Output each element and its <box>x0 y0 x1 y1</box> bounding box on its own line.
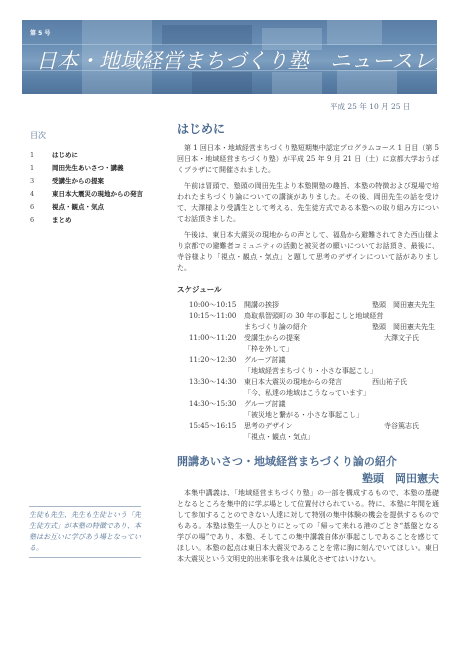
toc-label: 岡田先生あいさつ・講義 <box>52 163 124 172</box>
schedule-speaker: 塾頭 岡田憲夫先生 <box>372 300 435 311</box>
schedule-row: まちづくり論の紹介塾頭 岡田憲夫先生 <box>189 322 439 333</box>
toc-title: 目次 <box>30 130 160 141</box>
schedule-time: 15:45〜16:15 <box>189 421 244 432</box>
toc-item[interactable]: 3 受講生からの提案 <box>30 174 160 187</box>
banner-window-pane <box>327 20 382 45</box>
schedule-row: 15:45〜16:15思考のデザイン寺谷篤志氏 <box>189 421 439 432</box>
issue-number: 第 5 号 <box>30 28 50 37</box>
schedule-activity: グループ討議 <box>244 399 372 410</box>
schedule-time <box>189 410 244 421</box>
schedule-row: 「今、私達の地域はこうなっています」 <box>189 388 439 399</box>
schedule-activity: 「枠を外して」 <box>244 344 372 355</box>
toc-page: 6 <box>30 216 52 224</box>
toc-page: 6 <box>30 203 52 211</box>
schedule-row: 「枠を外して」 <box>189 344 439 355</box>
intro-paragraph: 午後は、東日本大震災の現地からの声として、福島から避難されてきた西山様より京都で… <box>177 230 439 274</box>
schedule-activity: 受講生からの提案 <box>244 333 384 344</box>
schedule-activity: 「被災地と繋がる・小さな事起こし」 <box>244 410 363 421</box>
toc-page: 3 <box>30 177 52 185</box>
schedule-activity: 鳥取県智頭町の 30 年の事起こしと地域経営 <box>244 311 383 322</box>
schedule-row: 「視点・観点・気点」 <box>189 432 439 443</box>
sidebar-pull-quote: 生徒も先生、先生も生徒という「先生徒方式」が本塾の特徴であり、本塾はお互いに学び… <box>29 506 141 558</box>
schedule-time: 11:00〜11:20 <box>189 333 244 344</box>
schedule-activity: 「今、私達の地域はこうなっています」 <box>244 388 370 399</box>
schedule-row: 13:30〜14:30東日本大震災の現地からの発言西山祐子氏 <box>189 377 439 388</box>
lecture-speaker: 塾頭 岡田憲夫 <box>177 470 439 486</box>
schedule-table: 10:00〜10:15開講の挨拶塾頭 岡田憲夫先生 10:15〜11:00鳥取県… <box>189 300 439 443</box>
schedule-time: 10:00〜10:15 <box>189 300 244 311</box>
toc-item[interactable]: 1 はじめに <box>30 148 160 161</box>
intro-paragraph: 午前は冒頭で、塾頭の岡田先生より本塾開塾の趣旨、本塾の特徴および現場で培われたま… <box>177 181 439 225</box>
toc-item[interactable]: 1 岡田先生あいさつ・講義 <box>30 161 160 174</box>
schedule-time: 14:30〜15:30 <box>189 399 244 410</box>
toc-item[interactable]: 4 東日本大震災の現地からの発言 <box>30 187 160 200</box>
toc-label: 受講生からの提案 <box>52 176 104 185</box>
toc-label: まとめ <box>52 215 72 224</box>
newsletter-title: 日本・地域経営まちづくり塾 ニュースレター <box>36 45 437 75</box>
toc-page: 4 <box>30 190 52 198</box>
schedule-row: 11:00〜11:20受講生からの提案大澤文子氏 <box>189 333 439 344</box>
lecture-paragraph: 本集中講義は、「地域経営まちづくり塾」の一部を構成するもので、本塾の基礎となると… <box>177 488 439 565</box>
schedule-row: 10:00〜10:15開講の挨拶塾頭 岡田憲夫先生 <box>189 300 439 311</box>
schedule-time: 11:20〜12:30 <box>189 355 244 366</box>
publication-date: 平成 25 年 10 月 25 日 <box>330 101 410 112</box>
schedule-time <box>189 432 244 443</box>
schedule-speaker: 西山祐子氏 <box>372 377 407 388</box>
toc-label: 視点・観点・気点 <box>52 202 104 211</box>
schedule-row: 11:20〜12:30グループ討議 <box>189 355 439 366</box>
schedule-heading: スケジュール <box>177 284 439 295</box>
banner-window-pane <box>272 72 322 94</box>
toc-item[interactable]: 6 まとめ <box>30 213 160 226</box>
schedule-row: 「地域経営まちづくり・小さな事起こし」 <box>189 366 439 377</box>
toc-label: はじめに <box>52 150 78 159</box>
schedule-time <box>189 322 244 333</box>
schedule-activity: 「地域経営まちづくり・小さな事起こし」 <box>244 366 377 377</box>
schedule-time: 10:15〜11:00 <box>189 311 244 322</box>
schedule-speaker: 寺谷篤志氏 <box>384 421 419 432</box>
schedule-speaker: 大澤文子氏 <box>384 333 419 344</box>
schedule-time <box>189 388 244 399</box>
newsletter-banner: 第 5 号 日本・地域経営まちづくり塾 ニュースレター <box>22 20 437 94</box>
schedule-activity: 開講の挨拶 <box>244 300 372 311</box>
banner-window-pane <box>162 25 252 45</box>
toc-item[interactable]: 6 視点・観点・気点 <box>30 200 160 213</box>
schedule-speaker: 塾頭 岡田憲夫先生 <box>372 322 435 333</box>
section-heading-lecture: 開講あいさつ・地域経営まちづくり論の紹介 <box>177 453 439 469</box>
banner-window-pane <box>192 72 252 94</box>
intro-paragraph: 第 1 回日本・地域経営まちづくり塾短期集中認定プログラムコース 1 日目（第 … <box>177 143 439 176</box>
schedule-time <box>189 366 244 377</box>
schedule-time <box>189 344 244 355</box>
schedule-row: 「被災地と繋がる・小さな事起こし」 <box>189 410 439 421</box>
schedule-row: 10:15〜11:00鳥取県智頭町の 30 年の事起こしと地域経営 <box>189 311 439 322</box>
section-heading-intro: はじめに <box>177 120 439 137</box>
toc-page: 1 <box>30 151 52 159</box>
schedule-activity: 東日本大震災の現地からの発言 <box>244 377 372 388</box>
toc-page: 1 <box>30 164 52 172</box>
schedule-activity: グループ討議 <box>244 355 372 366</box>
schedule-time: 13:30〜14:30 <box>189 377 244 388</box>
main-column: はじめに 第 1 回日本・地域経営まちづくり塾短期集中認定プログラムコース 1 … <box>177 120 439 570</box>
schedule-activity: まちづくり論の紹介 <box>244 322 372 333</box>
table-of-contents: 目次 1 はじめに 1 岡田先生あいさつ・講義 3 受講生からの提案 4 東日本… <box>30 130 160 226</box>
toc-label: 東日本大震災の現地からの発言 <box>52 189 143 198</box>
schedule-activity: 思考のデザイン <box>244 421 384 432</box>
schedule-activity: 「視点・観点・気点」 <box>244 432 372 443</box>
schedule-row: 14:30〜15:30グループ討議 <box>189 399 439 410</box>
